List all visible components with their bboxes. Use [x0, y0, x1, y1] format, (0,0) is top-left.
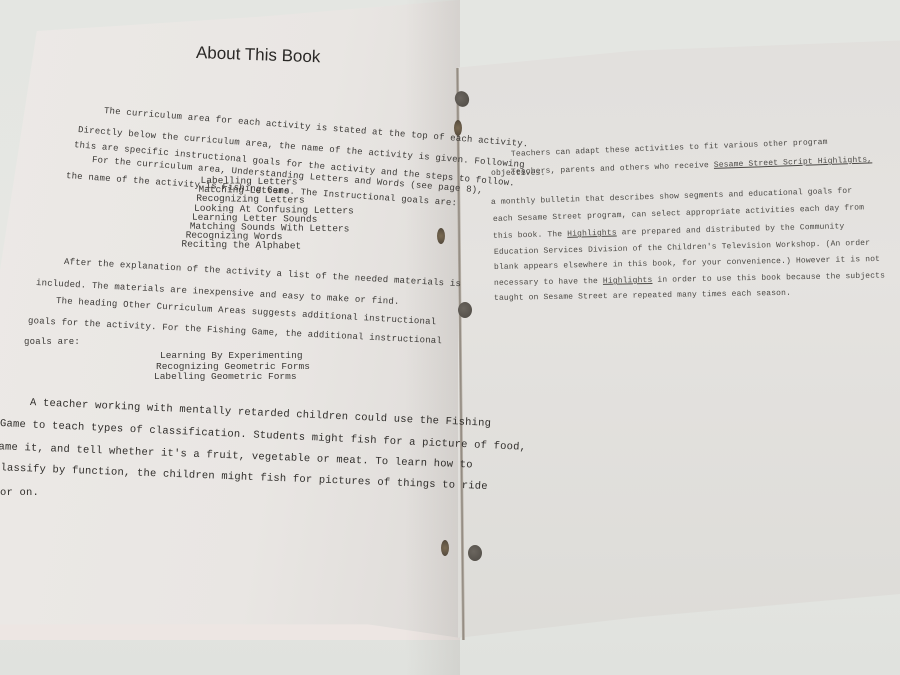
instructional-goals-list: Labelling Letters Matching Letters Recog… [181, 176, 354, 253]
paragraph-5-line: or on. [0, 487, 39, 499]
paragraph-4-line: goals are: [24, 337, 80, 347]
page-title: About This Book [196, 43, 321, 67]
right-page [458, 0, 900, 675]
punch-hole-right-bottom [468, 545, 482, 561]
additional-goals-list: Learning By Experimenting Recognizing Ge… [156, 351, 310, 383]
punch-hole-right-middle [458, 302, 472, 318]
punch-hole-left-bottom [441, 540, 449, 556]
additional-goal-item: Learning By Experimenting [160, 351, 310, 362]
punch-hole-left-middle [437, 228, 445, 244]
highlights-term: Highlights [567, 229, 617, 239]
highlights-term: Highlights [603, 276, 653, 286]
photo-scene: About This Book The curriculum area for … [0, 0, 900, 675]
additional-goal-item: Labelling Geometric Forms [154, 372, 310, 383]
